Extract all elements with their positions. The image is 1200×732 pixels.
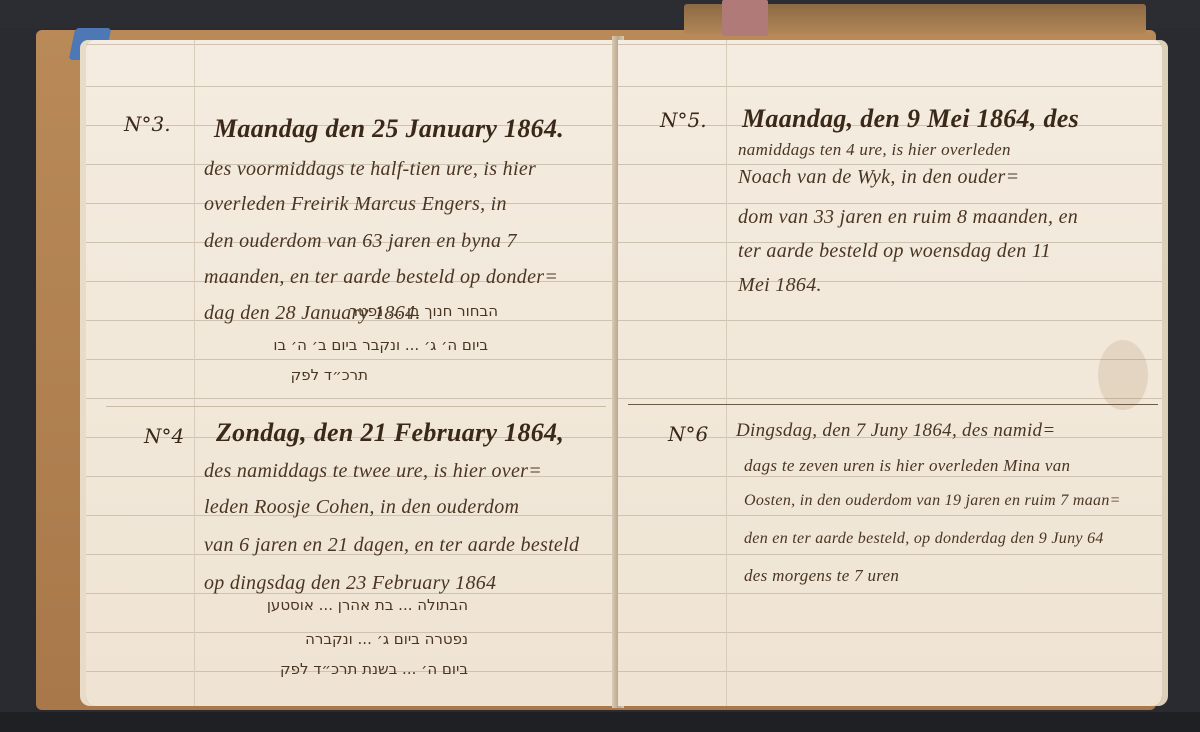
entry-divider xyxy=(628,404,1158,405)
hebrew-line: הבחור חנוך בן ... נפטר xyxy=(350,302,498,320)
entry-line: Oosten, in den ouderdom van 19 jaren en … xyxy=(744,492,1121,510)
entry-line: Noach van de Wyk, in den ouder= xyxy=(738,166,1019,189)
entry-line: ter aarde besteld op woensdag den 11 xyxy=(738,240,1051,263)
right-page: N°5. Maandag, den 9 Mei 1864, des namidd… xyxy=(618,40,1162,706)
entry-line: van 6 jaren en 21 dagen, en ter aarde be… xyxy=(204,534,579,557)
entry-divider xyxy=(106,406,606,407)
entry-line: des namiddags te twee ure, is hier over= xyxy=(204,460,542,483)
hebrew-line: הבתולה ... בת אהרן ... אוסטען xyxy=(267,596,468,614)
entry-line: Dingsdag, den 7 Juny 1864, des namid= xyxy=(736,420,1055,442)
entry-line: overleden Freirik Marcus Engers, in xyxy=(204,193,507,216)
entry-line: maanden, en ter aarde besteld op donder= xyxy=(204,266,558,289)
entry-line: dags te zeven uren is hier overleden Min… xyxy=(744,456,1070,476)
entry-line: den ouderdom van 63 jaren en byna 7 xyxy=(204,230,517,253)
entry-line: Zondag, den 21 February 1864, xyxy=(216,418,564,448)
hebrew-line: תרכ״ד לפק xyxy=(291,366,368,384)
hebrew-line: נפטרה ביום ג׳ ... ונקברה xyxy=(305,630,468,648)
entry-number: N°4 xyxy=(144,424,184,448)
hebrew-line: ביום ה׳ ג׳ ... ונקבר ביום ב׳ ה׳ בו xyxy=(273,336,488,354)
margin-line xyxy=(194,40,195,706)
entry-line: Mei 1864. xyxy=(738,274,822,297)
entry-line: namiddags ten 4 ure, is hier overleden xyxy=(738,140,1011,160)
entry-line: op dingsdag den 23 February 1864 xyxy=(204,572,496,595)
margin-line xyxy=(726,40,727,706)
entry-number: N°3. xyxy=(124,112,171,136)
bookmark-ribbon xyxy=(722,0,768,36)
entry-line: des voormiddags te half-tien ure, is hie… xyxy=(204,158,536,181)
entry-line: dom van 33 jaren en ruim 8 maanden, en xyxy=(738,206,1078,229)
entry-line: den en ter aarde besteld, op donderdag d… xyxy=(744,530,1104,548)
entry-line: leden Roosje Cohen, in den ouderdom xyxy=(204,496,519,519)
entry-number: N°6 xyxy=(668,422,708,446)
entry-number: N°5. xyxy=(660,108,707,132)
hebrew-line: ביום ה׳ ... בשנת תרכ״ד לפק xyxy=(280,660,468,678)
entry-line: Maandag den 25 January 1864. xyxy=(214,114,564,144)
entry-line: des morgens te 7 uren xyxy=(744,566,899,586)
entry-line: Maandag, den 9 Mei 1864, des xyxy=(742,104,1079,134)
paper-stain xyxy=(1098,340,1148,410)
background-bottom xyxy=(0,712,1200,732)
